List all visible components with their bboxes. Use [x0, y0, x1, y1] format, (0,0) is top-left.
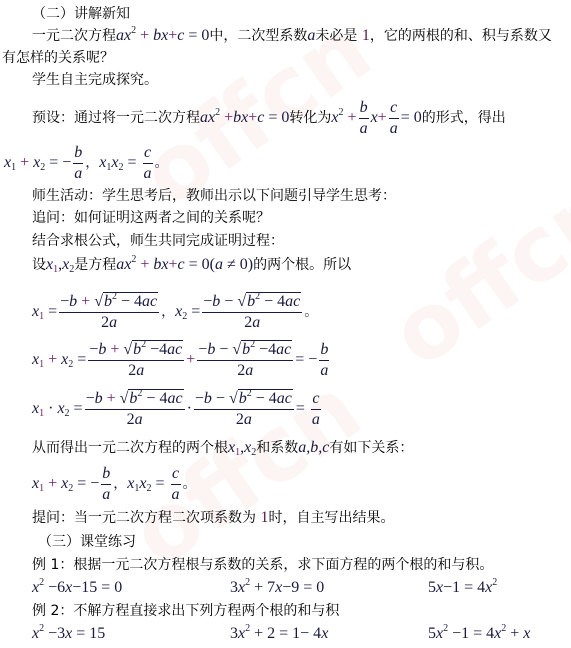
equation: ax2 + bx+c = 0 — [116, 27, 209, 44]
paragraph-proof-intro: 结合求根公式，师生共同完成证明过程： — [32, 231, 284, 251]
text: ，它的两根的和、积与系数又 — [370, 28, 552, 44]
text: 的形式，得出 — [422, 110, 506, 126]
paragraph-activity: 师生活动：学生思考后，教师出示以下问题引导学生思考： — [32, 186, 396, 206]
text: 有如下关系： — [329, 440, 413, 456]
paragraph-intro: 一元二次方程ax2 + bx+c = 0中，二次型系数a未必是 1，它的两根的和… — [32, 26, 552, 46]
number: 1 — [362, 27, 370, 44]
text: 转化为 — [289, 110, 331, 126]
root-formulas: x1 =−b + √b2 − 4ac2a，x2 =−b − √b2 − 4ac2… — [32, 290, 318, 334]
paragraph-preset: 预设：通过将一元二次方程ax2 +bx+c = 0转化为x2 +bax+ca= … — [32, 98, 506, 138]
text: 一元二次方程 — [32, 28, 116, 44]
example-2-label: 例 2：不解方程直接求出下列方程两个根的和与积 — [32, 601, 339, 621]
paragraph-let-roots: 设x1,x2是方程ax2 + bx+c = 0(a ≠ 0)的两个根。所以 — [32, 255, 351, 275]
roots-symbol: x1,x2 — [228, 439, 256, 456]
product-derivation: x1 · x2 =−b + √b2 − 4ac2a·−b − √b2 − 4ac… — [32, 387, 323, 431]
example-2-eq-3: 5x2 −1 = 4x2 + x — [428, 624, 530, 644]
coefficients: a,b,c — [298, 439, 329, 456]
text: 未必是 — [315, 28, 357, 44]
section-heading: （三）课堂练习 — [38, 532, 136, 552]
vieta-result-repeat: x1 + x2 = −ba，x1x2 = ca。 — [32, 464, 197, 504]
example-1-eq-2: 3x2 + 7x−9 = 0 — [230, 578, 324, 598]
equation: ax2 + bx+c = 0(a ≠ 0) — [116, 256, 253, 273]
paragraph-intro-cont: 有怎样的关系呢？ — [2, 48, 114, 68]
text: 中，二次型系数 — [209, 28, 307, 44]
watermark: offcn — [373, 157, 571, 388]
equation: ax2 +bx+c = 0 — [200, 109, 289, 126]
example-1-eq-1: x2 −6x−15 = 0 — [32, 578, 122, 598]
text: 和系数 — [256, 440, 298, 456]
equation-normalized: x2 +bax+ca= 0 — [331, 109, 421, 126]
sum-derivation: x1 + x2 =−b + √b2 −4ac2a+−b − √b2 −4ac2a… — [32, 338, 331, 382]
vieta-result: x1 + x2 = −ba，x1x2 = ca。 — [4, 143, 169, 183]
paragraph-followup: 追问：如何证明这两者之间的关系呢？ — [32, 208, 270, 228]
example-1-eq-3: 5x−1 = 4x2 — [428, 578, 497, 598]
text: 时，自主写出结果。 — [268, 510, 394, 526]
text: 从而得出一元二次方程的两个根 — [32, 440, 228, 456]
roots-symbol: x1,x2 — [46, 256, 74, 273]
paragraph-self-explore: 学生自主完成探究。 — [32, 70, 158, 90]
section-heading: （二）讲解新知 — [32, 4, 130, 24]
example-2-eq-1: x2 −3x = 15 — [32, 624, 105, 644]
text: 的两个根。所以 — [253, 257, 351, 273]
text: 预设：通过将一元二次方程 — [32, 110, 200, 126]
text: 是方程 — [74, 257, 116, 273]
paragraph-question: 提问：当一元二次方程二次项系数为 1时，自主写出结果。 — [32, 508, 394, 528]
paragraph-conclusion: 从而得出一元二次方程的两个根x1,x2和系数a,b,c有如下关系： — [32, 438, 413, 458]
text: 设 — [32, 257, 46, 273]
example-1-label: 例 1：根据一元二次方程根与系数的关系，求下面方程的两个根的和与积。 — [32, 555, 493, 575]
text: 提问：当一元二次方程二次项系数为 — [32, 510, 256, 526]
example-2-eq-2: 3x2 + 2 = 1− 4x — [230, 624, 328, 644]
